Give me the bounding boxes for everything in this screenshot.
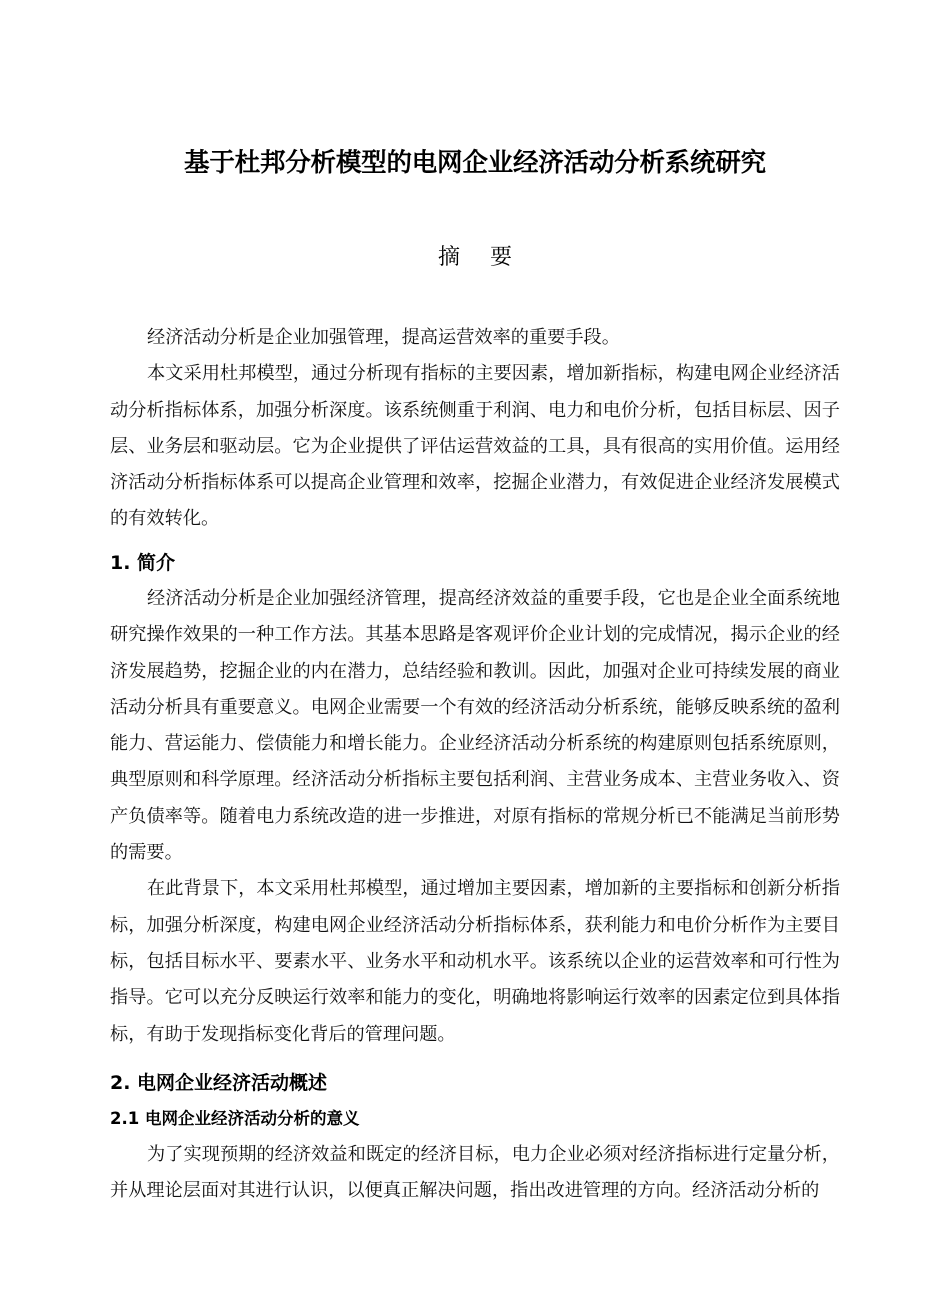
section-heading: 1. 简介 bbox=[110, 545, 840, 581]
body-paragraph: 为了实现预期的经济效益和既定的经济目标，电力企业必须对经济指标进行定量分析，并从… bbox=[110, 1137, 840, 1210]
document-title: 基于杜邦分析模型的电网企业经济活动分析系统研究 bbox=[110, 143, 840, 183]
subsection-heading: 2.1 电网企业经济活动分析的意义 bbox=[110, 1101, 840, 1137]
abstract-paragraph: 本文采用杜邦模型，通过分析现有指标的主要因素，增加新指标，构建电网企业经济活动分… bbox=[110, 356, 840, 537]
body-paragraph: 经济活动分析是企业加强经济管理，提高经济效益的重要手段，它也是企业全面系统地研究… bbox=[110, 581, 840, 871]
section-heading: 2. 电网企业经济活动概述 bbox=[110, 1065, 840, 1101]
section-introduction: 1. 简介 经济活动分析是企业加强经济管理，提高经济效益的重要手段，它也是企业全… bbox=[110, 545, 840, 1053]
abstract-paragraph: 经济活动分析是企业加强管理，提高运营效率的重要手段。 bbox=[110, 320, 840, 356]
section-overview: 2. 电网企业经济活动概述 2.1 电网企业经济活动分析的意义 为了实现预期的经… bbox=[110, 1065, 840, 1210]
abstract-body: 经济活动分析是企业加强管理，提高运营效率的重要手段。 本文采用杜邦模型，通过分析… bbox=[110, 320, 840, 538]
abstract-heading: 摘要 bbox=[110, 240, 840, 276]
body-paragraph: 在此背景下，本文采用杜邦模型，通过增加主要因素，增加新的主要指标和创新分析指标，… bbox=[110, 871, 840, 1052]
